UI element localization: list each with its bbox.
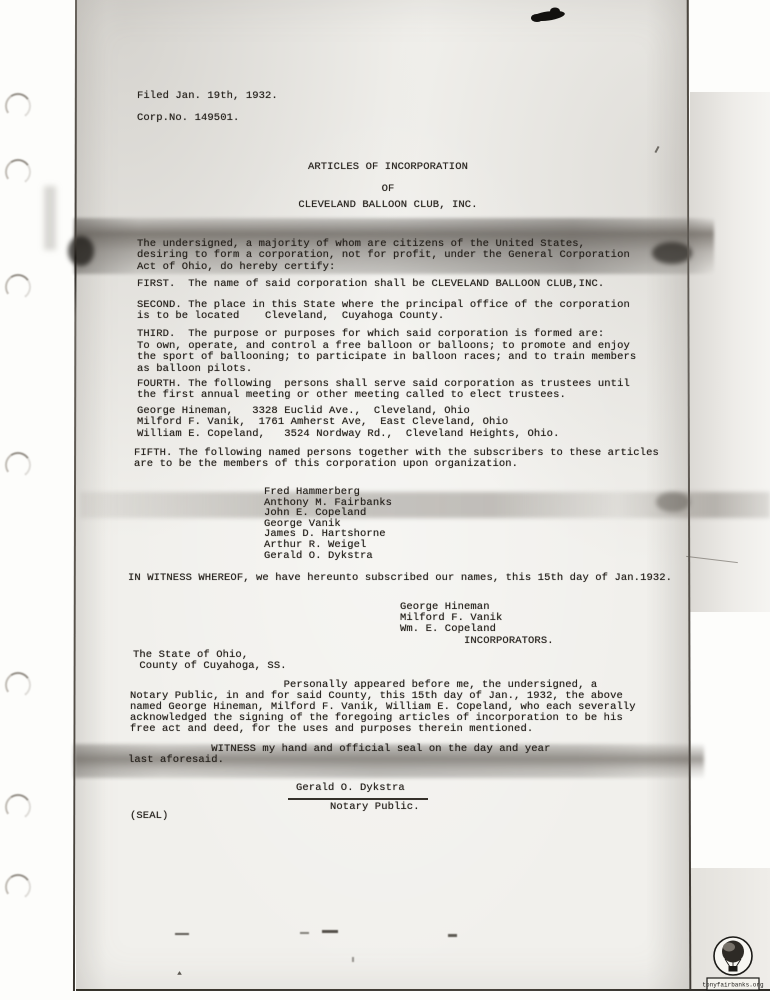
hole-punch bbox=[3, 450, 33, 480]
article-third: THIRD. The purpose or purposes for which… bbox=[137, 329, 636, 376]
filed-date-line: Filed Jan. 19th, 1932. bbox=[137, 91, 278, 102]
seal-note: (SEAL) bbox=[130, 811, 168, 822]
witness-clause: IN WITNESS WHEREOF, we have hereunto sub… bbox=[128, 573, 672, 584]
corp-number-line: Corp.No. 149501. bbox=[137, 113, 239, 124]
hole-punch bbox=[3, 792, 33, 822]
document-title-company: CLEVELAND BALLOON CLUB, INC. bbox=[188, 200, 588, 211]
watermark-stamp: tonyfairbanks.org bbox=[698, 935, 766, 993]
page-bottom-edge bbox=[76, 989, 770, 991]
hole-punch bbox=[3, 670, 33, 700]
notary-title: Notary Public. bbox=[330, 802, 420, 813]
article-fourth: FOURTH. The following persons shall serv… bbox=[137, 379, 630, 402]
scanner-background-strip bbox=[690, 92, 770, 612]
notary-signature-name: Gerald O. Dykstra bbox=[296, 783, 405, 794]
signature-underline bbox=[288, 798, 428, 800]
scan-smudge bbox=[44, 186, 56, 250]
balloon-logo-icon bbox=[714, 937, 752, 975]
ink-smudge bbox=[352, 957, 354, 962]
article-second: SECOND. The place in this State where th… bbox=[137, 300, 630, 323]
hole-punch bbox=[3, 91, 33, 121]
staple-mark bbox=[524, 3, 572, 27]
ink-smudge bbox=[322, 930, 338, 933]
scanned-document: Filed Jan. 19th, 1932. Corp.No. 149501. … bbox=[0, 0, 770, 1000]
fold-crease-blot bbox=[652, 242, 692, 264]
hole-punch bbox=[3, 872, 33, 902]
document-title-of: OF bbox=[188, 184, 588, 195]
article-first: FIRST. The name of said corporation shal… bbox=[137, 279, 604, 290]
preamble-paragraph: The undersigned, a majority of whom are … bbox=[137, 239, 630, 273]
fold-crease-blot bbox=[68, 236, 94, 266]
trustees-list: George Hineman, 3328 Euclid Ave., Clevel… bbox=[137, 406, 559, 440]
state-county-caption: The State of Ohio, County of Cuyahoga, S… bbox=[133, 650, 287, 673]
watermark-label: tonyfairbanks.org bbox=[702, 982, 764, 989]
hole-punch bbox=[3, 157, 33, 187]
fold-crease-blot bbox=[656, 492, 690, 512]
hole-punch bbox=[3, 272, 33, 302]
members-list: Fred Hammerberg Anthony M. Fairbanks Joh… bbox=[264, 487, 392, 561]
article-fifth: FIFTH. The following named persons toget… bbox=[134, 448, 659, 471]
ink-smudge bbox=[300, 932, 309, 934]
ink-smudge bbox=[175, 933, 189, 935]
incorporator-signatures: George Hineman Milford F. Vanik Wm. E. C… bbox=[400, 602, 554, 647]
witness-seal-clause: WITNESS my hand and official seal on the… bbox=[128, 744, 550, 767]
notary-acknowledgment: Personally appeared before me, the under… bbox=[130, 680, 636, 735]
ink-smudge bbox=[448, 934, 457, 937]
document-title: ARTICLES OF INCORPORATION bbox=[188, 162, 588, 173]
